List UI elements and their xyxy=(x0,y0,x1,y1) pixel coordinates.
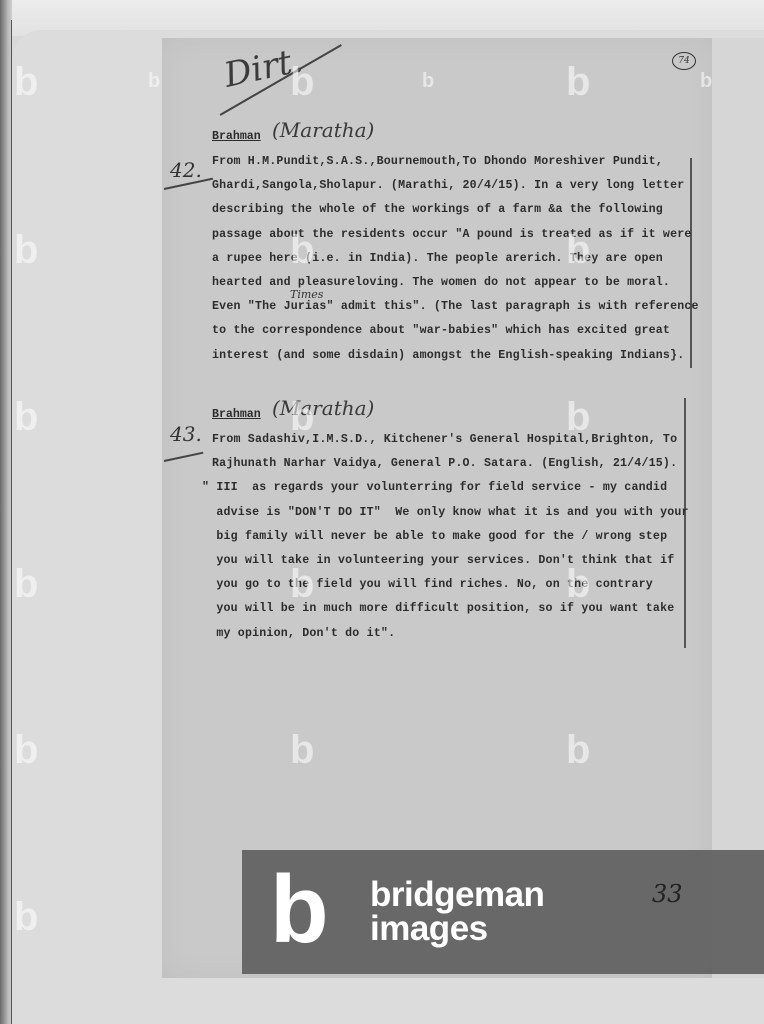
entry-42-body: From H.M.Pundit,S.A.S.,Bournemouth,To Dh… xyxy=(212,150,699,368)
watermark-glyph: b xyxy=(148,70,160,93)
watermark-glyph: b xyxy=(14,60,38,105)
watermark-glyph: b xyxy=(290,60,314,105)
entry-43-line-4: advise is "DON'T DO IT" We only know wha… xyxy=(202,501,689,525)
entry-43-line-8: you will be in much more difficult posit… xyxy=(202,597,689,621)
watermark-glyph: b xyxy=(422,70,434,93)
entry-42-heading: Brahman xyxy=(212,130,261,143)
watermark-glyph: b xyxy=(290,395,314,440)
watermark-glyph: b xyxy=(14,728,38,773)
bridgeman-watermark-banner: b bridgeman images 33 xyxy=(242,850,764,974)
entry-43-line-6: you will take in volunteering your servi… xyxy=(202,549,689,573)
entry-42-line-7: Even "The Jurias" admit this". (The last… xyxy=(212,295,699,319)
entry-43-number: 43. xyxy=(170,422,202,446)
entry-43-number-stroke xyxy=(164,452,203,462)
wordmark-line-1: bridgeman xyxy=(370,878,544,912)
entry-42-line-2: Ghardi,Sangola,Sholapur. (Marathi, 20/4/… xyxy=(212,174,699,198)
watermark-glyph: b xyxy=(14,895,38,940)
entry-43-line-3: " III as regards your volunterring for f… xyxy=(202,476,689,500)
entry-42-line-1: From H.M.Pundit,S.A.S.,Bournemouth,To Dh… xyxy=(212,150,699,174)
entry-43-handwritten-heading: (Maratha) xyxy=(272,396,374,420)
entry-43-line-2: Rajhunath Narhar Vaidya, General P.O. Sa… xyxy=(202,452,689,476)
page-edge xyxy=(712,38,764,978)
watermark-glyph: b xyxy=(290,562,314,607)
entry-43-heading: Brahman xyxy=(212,408,261,421)
binding-line xyxy=(11,20,12,1024)
entry-42-number: 42. xyxy=(170,158,202,182)
entry-43-line-1: From Sadashiv,I.M.S.D., Kitchener's Gene… xyxy=(202,428,689,452)
entry-42-line-4: passage about the residents occur "A pou… xyxy=(212,223,699,247)
entry-42-line-3: describing the whole of the workings of … xyxy=(212,198,699,222)
watermark-glyph: b xyxy=(566,562,590,607)
watermark-glyph: b xyxy=(566,728,590,773)
document-page: 74 Dirt. Brahman (Maratha) 42. From H.M.… xyxy=(162,38,712,978)
entry-43-line-9: my opinion, Don't do it". xyxy=(202,622,689,646)
page-number: 74 xyxy=(672,52,696,70)
watermark-glyph: b xyxy=(566,395,590,440)
bridgeman-logo-icon: b xyxy=(270,870,329,950)
handwritten-annotation-bottom: 33 xyxy=(652,880,683,908)
watermark-glyph: b xyxy=(14,562,38,607)
entry-42-line-8: to the correspondence about "war-babies"… xyxy=(212,319,699,343)
watermark-glyph: b xyxy=(14,395,38,440)
handwritten-correction: Times xyxy=(290,288,323,301)
entry-42-line-6: hearted and pleasureloving. The women do… xyxy=(212,271,699,295)
entry-43-body: From Sadashiv,I.M.S.D., Kitchener's Gene… xyxy=(202,428,689,646)
watermark-glyph: b xyxy=(14,228,38,273)
wordmark-line-2: images xyxy=(370,912,544,946)
entry-42-line-5: a rupee here (i.e. in India). The people… xyxy=(212,247,699,271)
entry-43-line-5: big family will never be able to make go… xyxy=(202,525,689,549)
entry-42-handwritten-heading: (Maratha) xyxy=(272,118,374,142)
watermark-glyph: b xyxy=(290,228,314,273)
watermark-glyph: b xyxy=(566,60,590,105)
watermark-glyph: b xyxy=(700,70,712,93)
entry-43-line-7: you go to the field you will find riches… xyxy=(202,573,689,597)
entry-42-line-9: interest (and some disdain) amongst the … xyxy=(212,344,699,368)
watermark-glyph: b xyxy=(290,728,314,773)
watermark-glyph: b xyxy=(566,228,590,273)
bridgeman-wordmark: bridgeman images xyxy=(370,878,544,946)
